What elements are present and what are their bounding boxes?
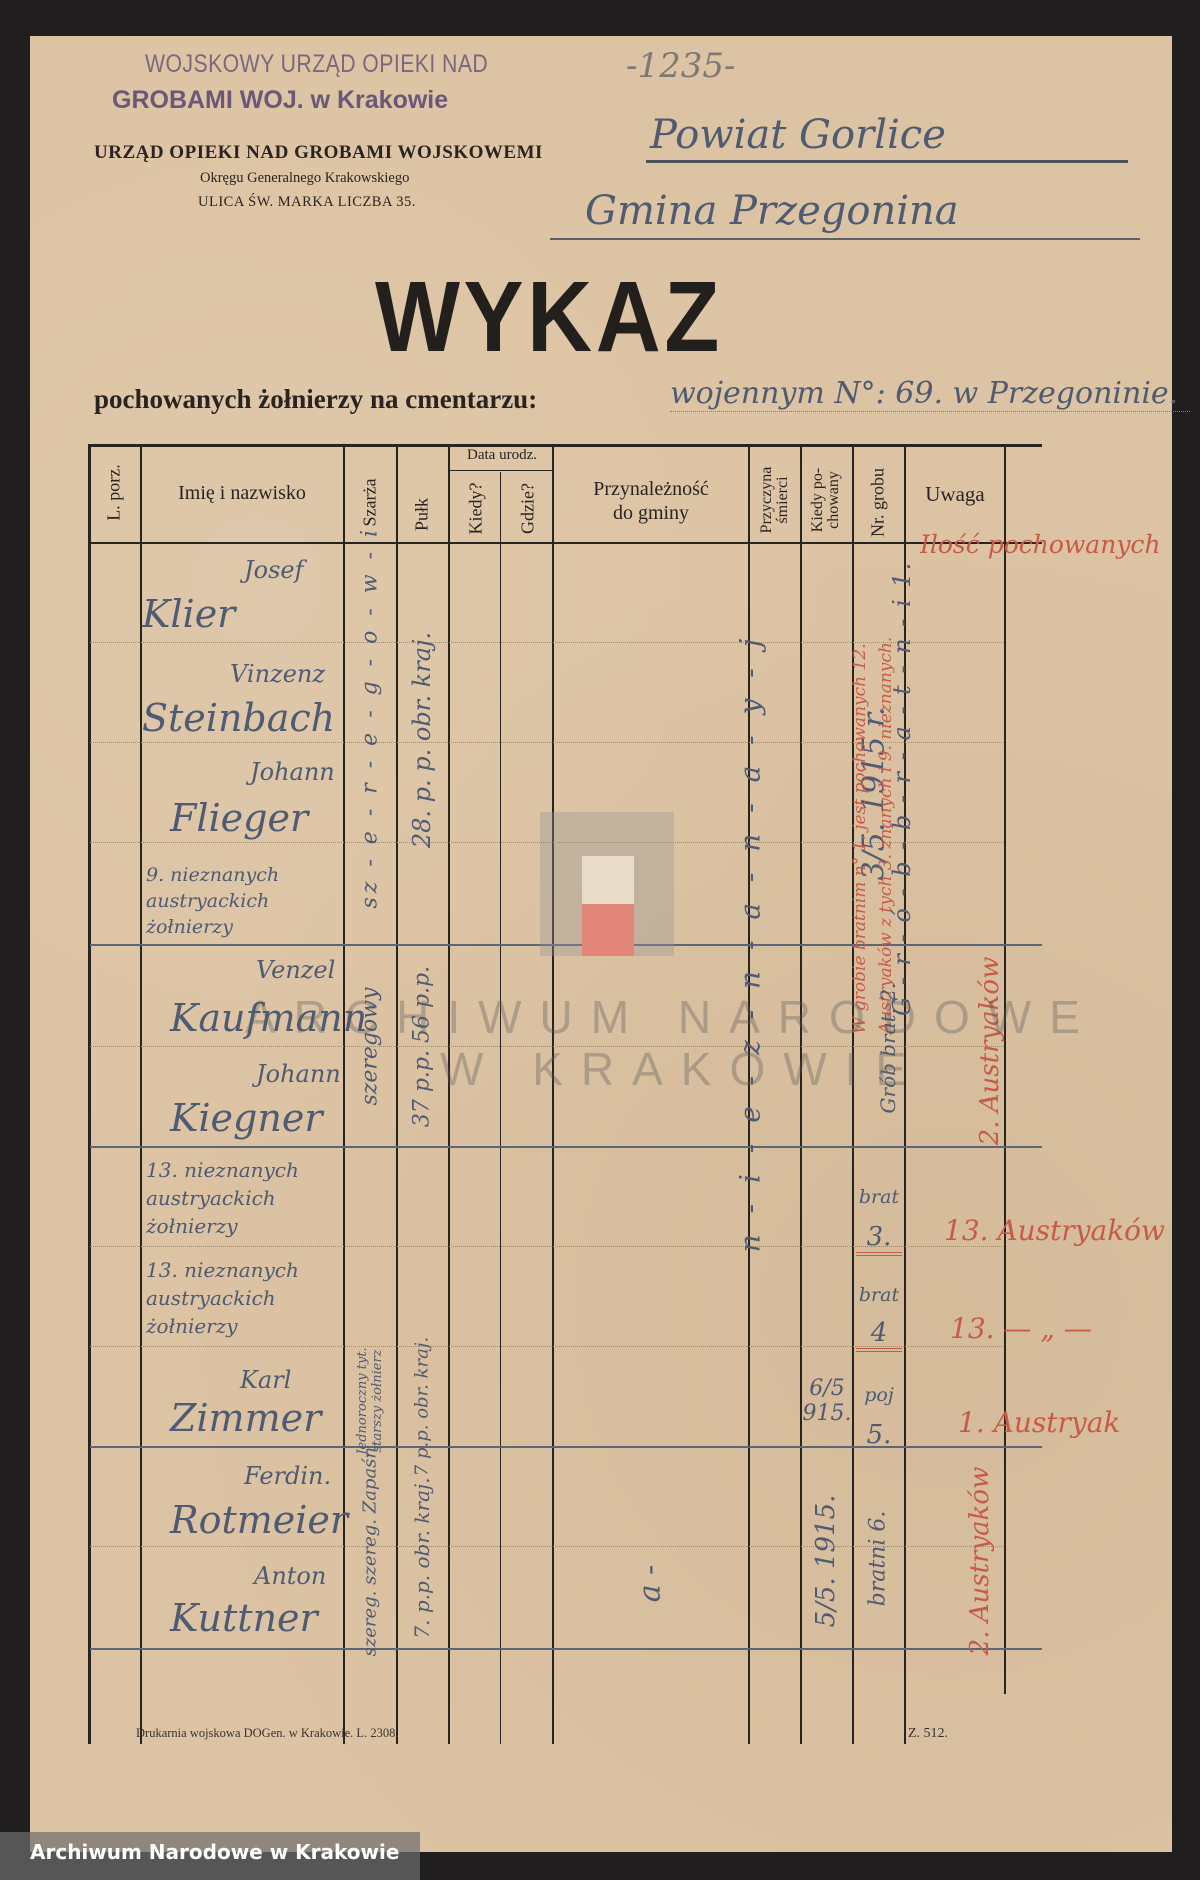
first-name: Johann xyxy=(256,1060,341,1088)
header-kiedy-pochowany: Kiedy po- chowany xyxy=(810,454,842,546)
pulk-value: 7 p.p. obr. kraj. xyxy=(412,1337,433,1477)
pulk-value: 7. p.p. obr. kraj. xyxy=(410,1458,434,1658)
last-name: Klier xyxy=(142,592,235,636)
header-przyczyna-1: Przyczyna xyxy=(759,455,775,545)
szarza-value: szereg. szereg. Zapaśn. xyxy=(360,1457,381,1657)
header-przyczyna: Przyczyna śmierci xyxy=(759,455,791,545)
header-data-urodz: Data urodz. xyxy=(450,447,554,464)
first-name: Venzel xyxy=(256,956,335,984)
header-gdzie: Gdzie? xyxy=(518,469,539,549)
first-name: Ferdin. xyxy=(244,1462,331,1490)
archive-logo xyxy=(540,812,674,956)
stamp-line-2: GROBAMI WOJ. w Krakowie xyxy=(112,86,448,115)
watermark-line-2: W KRAKOWIE xyxy=(440,1042,924,1096)
group-separator xyxy=(90,1146,1042,1148)
gmina-underline xyxy=(550,238,1140,240)
table-top-border xyxy=(90,444,1042,447)
subtitle: pochowanych żołnierzy na cmentarzu: xyxy=(94,384,537,415)
col-border xyxy=(396,444,398,1744)
last-name: Steinbach xyxy=(142,696,335,740)
last-name: Flieger xyxy=(170,796,308,840)
header-bottom-border xyxy=(90,542,1042,544)
header-pulk: Pułk xyxy=(412,475,433,555)
szarza-value: szeregowy xyxy=(358,947,383,1147)
header-nr-grobu: Nr. grobu xyxy=(868,461,889,545)
col-border xyxy=(88,444,91,1744)
archive-banner-text: Archiwum Narodowe w Krakowie xyxy=(30,1840,399,1864)
col-border xyxy=(343,444,345,1744)
grave-number: 3. xyxy=(856,1222,902,1256)
header-przynaleznosc-1: Przynależność xyxy=(554,478,748,501)
document-number: -1235- xyxy=(626,46,736,86)
header-przyczyna-2: śmierci xyxy=(775,455,791,545)
uwaga-value: 1. Austryak xyxy=(958,1406,1120,1439)
header-name: Imię i nazwisko xyxy=(142,482,342,505)
archive-banner: Archiwum Narodowe w Krakowie xyxy=(0,1832,420,1880)
header-kiedy-poch-2: chowany xyxy=(826,454,842,546)
col-border xyxy=(500,472,501,1744)
first-name: Karl xyxy=(240,1366,291,1394)
office-district: Okręgu Generalnego Krakowskiego xyxy=(200,170,409,187)
page-title: WYKAZ xyxy=(375,260,723,375)
first-name: Vinzenz xyxy=(230,660,325,688)
powiat-field: Powiat Gorlice xyxy=(650,112,946,158)
uwaga-value: 2. Austryaków xyxy=(975,951,1005,1151)
grave-number: 5. xyxy=(856,1420,902,1450)
last-name: Zimmer xyxy=(170,1396,321,1440)
header-l-porz: L. porz. xyxy=(104,453,125,533)
grave-number: 4 xyxy=(856,1318,902,1352)
last-name: Rotmeier xyxy=(170,1498,348,1542)
header-kiedy: Kiedy? xyxy=(466,469,487,549)
uwaga-value: 2. Austryaków xyxy=(965,1451,995,1671)
grave-label: poj xyxy=(856,1384,902,1406)
col-border xyxy=(140,444,142,1744)
first-name: Anton xyxy=(254,1562,326,1590)
first-name: Josef xyxy=(244,556,303,584)
cemetery-field: wojennym N°: 69. w Przegoninie. xyxy=(670,376,1190,412)
logo-white-block xyxy=(582,856,634,904)
pulk-value: 37 p.p. 56 p.p. xyxy=(410,947,435,1147)
unknown-soldiers-note: 13. nieznanych austryackich żołnierzy xyxy=(146,1256,342,1340)
uwaga-heading: Ilość pochowanych xyxy=(920,530,1161,559)
printer-note: Drukarnia wojskowa DOGen. w Krakowie. L.… xyxy=(136,1726,398,1741)
pulk-value: 28. p. p. obr. kraj. xyxy=(408,590,436,890)
uwaga-value: 13. Austryaków xyxy=(944,1214,1165,1247)
last-name: Kuttner xyxy=(170,1596,318,1640)
gmina-field: Gmina Przegonina xyxy=(585,188,959,234)
office-address: ULICA ŚW. MARKA LICZBA 35. xyxy=(198,194,416,211)
office-name: URZĄD OPIEKI NAD GROBAMI WOJSKOWEMI xyxy=(94,142,543,164)
header-uwaga: Uwaga xyxy=(906,482,1004,507)
kiedy-pochowany-value: 5/5. 1915. xyxy=(811,1461,841,1661)
grave-label: brat xyxy=(856,1284,902,1306)
przynaleznosc-value: a - xyxy=(633,1534,668,1634)
header-kiedy-poch-1: Kiedy po- xyxy=(810,454,826,546)
first-name: Johann xyxy=(250,758,335,786)
unknown-soldiers-note: 13. nieznanych austryackich żołnierzy xyxy=(146,1156,342,1240)
last-name: Kiegner xyxy=(170,1096,322,1140)
szarza-value: sz - e - r - e - g - o - w - i xyxy=(358,609,383,909)
watermark-line-1: ARCHIWUM NARODOWE xyxy=(245,990,1098,1044)
group-separator xyxy=(90,1648,1042,1650)
uwaga-value: 13. — „ — xyxy=(950,1312,1092,1345)
stamp-line-1: WOJSKOWY URZĄD OPIEKI NAD xyxy=(145,50,488,79)
przynaleznosc-value: n - i - e - z - n - a - n - a - y - j xyxy=(734,593,767,1293)
form-number: Z. 512. xyxy=(908,1726,948,1742)
nr-grobu-value: bratni 6. xyxy=(866,1459,891,1659)
grave-label: brat xyxy=(856,1186,902,1208)
kiedy-pochowany-value: 6/5 915. xyxy=(802,1376,852,1426)
powiat-underline xyxy=(646,160,1128,163)
unknown-soldiers-note: 9. nieznanych austryackich żołnierzy xyxy=(146,862,342,940)
logo-red-block xyxy=(582,904,634,956)
header-przynaleznosc-2: do gminy xyxy=(554,502,748,525)
